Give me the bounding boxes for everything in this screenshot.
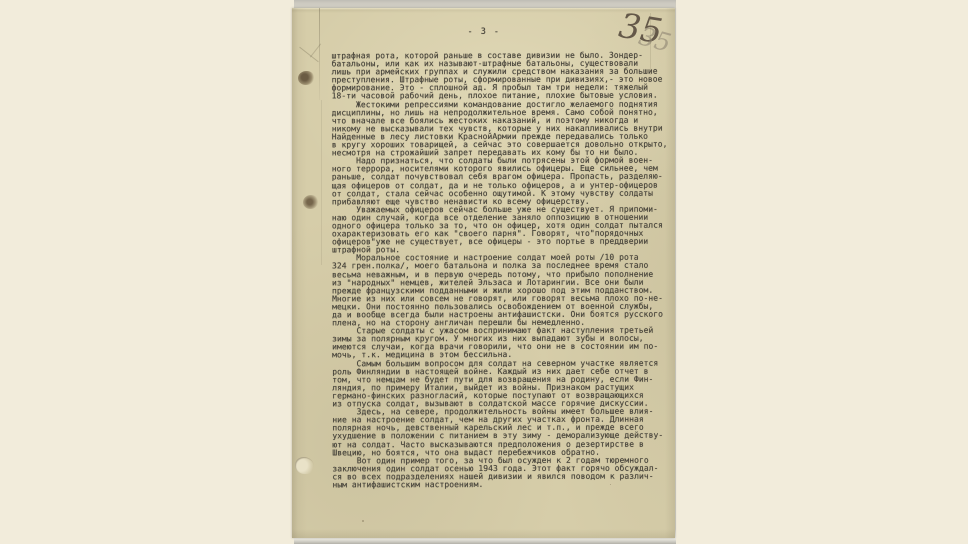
paper-crease (321, 100, 322, 265)
paper-crease (650, 13, 651, 75)
hole-punch-stain (303, 195, 318, 209)
photo-backdrop: - 3 - 35 35 штрафная рота, которой раньш… (0, 0, 968, 544)
document-page: - 3 - 35 35 штрафная рота, которой раньш… (292, 8, 675, 538)
document-text: штрафная рота, которой раньше в составе … (332, 52, 669, 490)
text-line: ным антифашистским настроениям. (332, 481, 668, 490)
hole-punch-stain (298, 71, 314, 85)
paper-speck (610, 484, 611, 485)
paper-speck (440, 306, 442, 308)
paper-crease (319, 8, 320, 100)
page-number: - 3 - (444, 27, 524, 37)
paper-tear (295, 457, 314, 474)
paper-speck (362, 520, 364, 522)
